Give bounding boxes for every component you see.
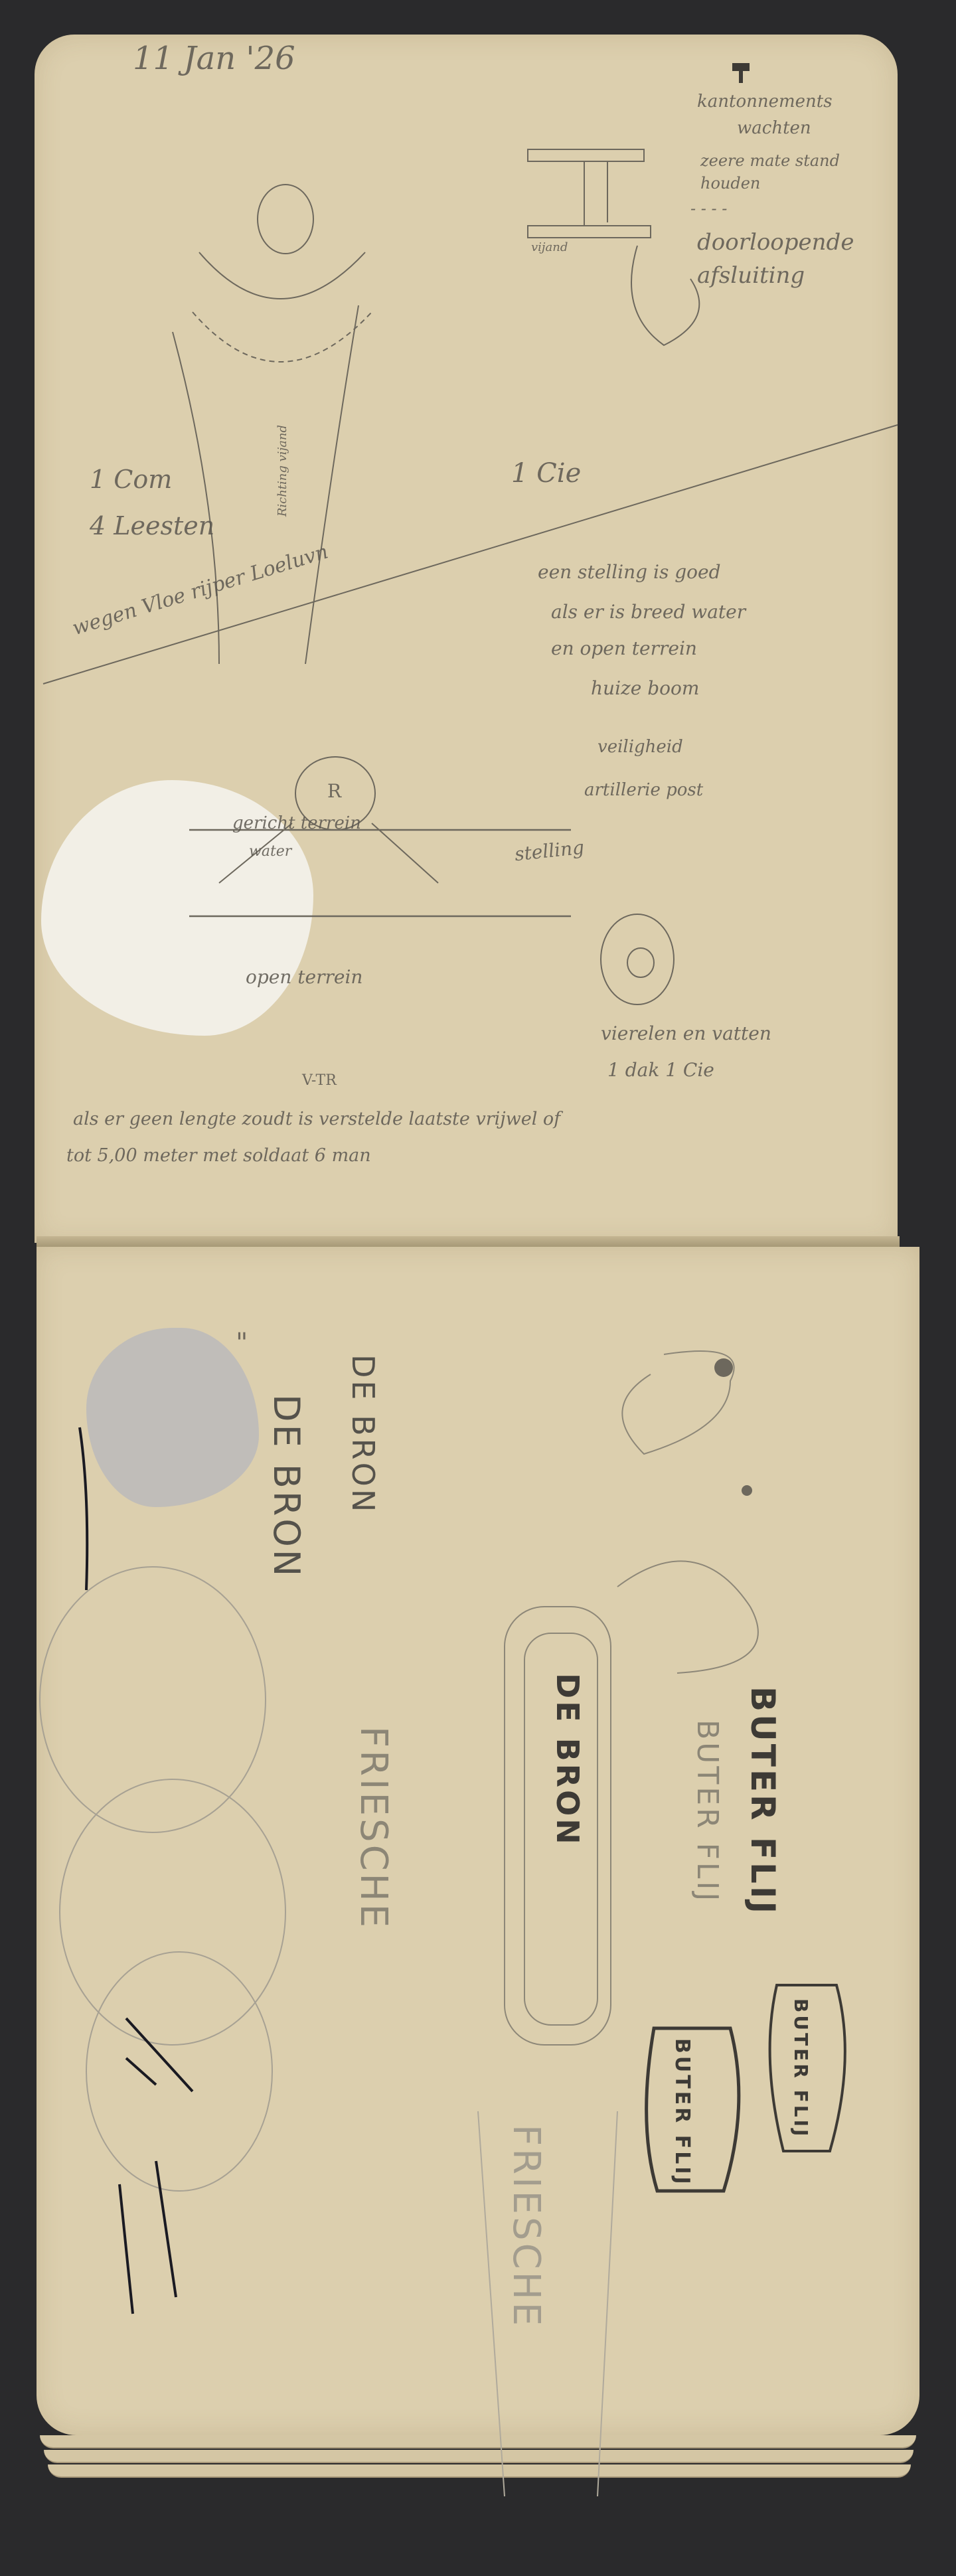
page-edge: [40, 2435, 916, 2449]
dash-line: - - - -: [690, 199, 727, 218]
quote-mark: ": [236, 1328, 248, 1358]
right-note: 1 dak 1 Cie: [607, 1059, 714, 1081]
badge-buter-flij: BUTER FLIJ: [671, 2038, 694, 2187]
blue-paint-stain: [86, 1328, 259, 1507]
bottom-note: tot 5,00 meter met soldaat 6 man: [66, 1145, 371, 1166]
sketchbook-top-page: [35, 35, 898, 1243]
page-edge: [44, 2450, 914, 2463]
lettering-friesche: FRIESCHE: [352, 1726, 395, 1930]
lettering-buter: BUTER FLIJ: [744, 1686, 782, 1916]
circle-label: R: [327, 780, 341, 802]
note-line: zeere mate stand: [700, 151, 840, 170]
note-line: doorloopende: [697, 229, 854, 256]
left-note: 4 Leesten: [90, 511, 214, 540]
vertical-note: Richting vijand: [276, 425, 289, 517]
diagram-label: vijand: [531, 240, 568, 254]
note-line: afsluiting: [697, 262, 805, 289]
sketch-label: gericht terrein: [232, 813, 361, 833]
note-line: kantonnements: [697, 92, 833, 112]
middle-note: veiligheid: [597, 737, 683, 757]
lettering-de-bron: DE BRON: [345, 1354, 381, 1514]
note-line: wachten: [737, 118, 811, 138]
lettering-de-bron-framed: DE BRON: [550, 1673, 586, 1847]
middle-note: een stelling is goed: [538, 561, 721, 583]
middle-note: als er is breed water: [551, 601, 746, 623]
middle-note: huize boom: [591, 677, 699, 699]
middle-note: en open terrein: [551, 637, 697, 659]
arc-label: V-TR: [302, 1072, 337, 1089]
right-note: vierelen en vatten: [601, 1022, 771, 1044]
sketch-label: water: [249, 843, 291, 860]
middle-note: artillerie post: [584, 780, 703, 800]
date-note: 11 Jan '26: [133, 40, 295, 77]
badge-buter-flij: BUTER FLIJ: [790, 1998, 812, 2138]
section-label: 1 Cie: [511, 458, 581, 489]
lettering-de-bron: DE BRON: [266, 1394, 307, 1579]
note-line: houden: [700, 174, 760, 193]
left-note: 1 Com: [90, 465, 172, 494]
bottom-note: als er geen lengte zoudt is verstelde la…: [73, 1109, 560, 1129]
sketch-label: open terrein: [246, 966, 362, 988]
page-edge: [48, 2464, 911, 2478]
lettering-friesche: FRIESCHE: [505, 2125, 548, 2328]
lettering-flij: BUTER FLIJ: [690, 1720, 724, 1903]
